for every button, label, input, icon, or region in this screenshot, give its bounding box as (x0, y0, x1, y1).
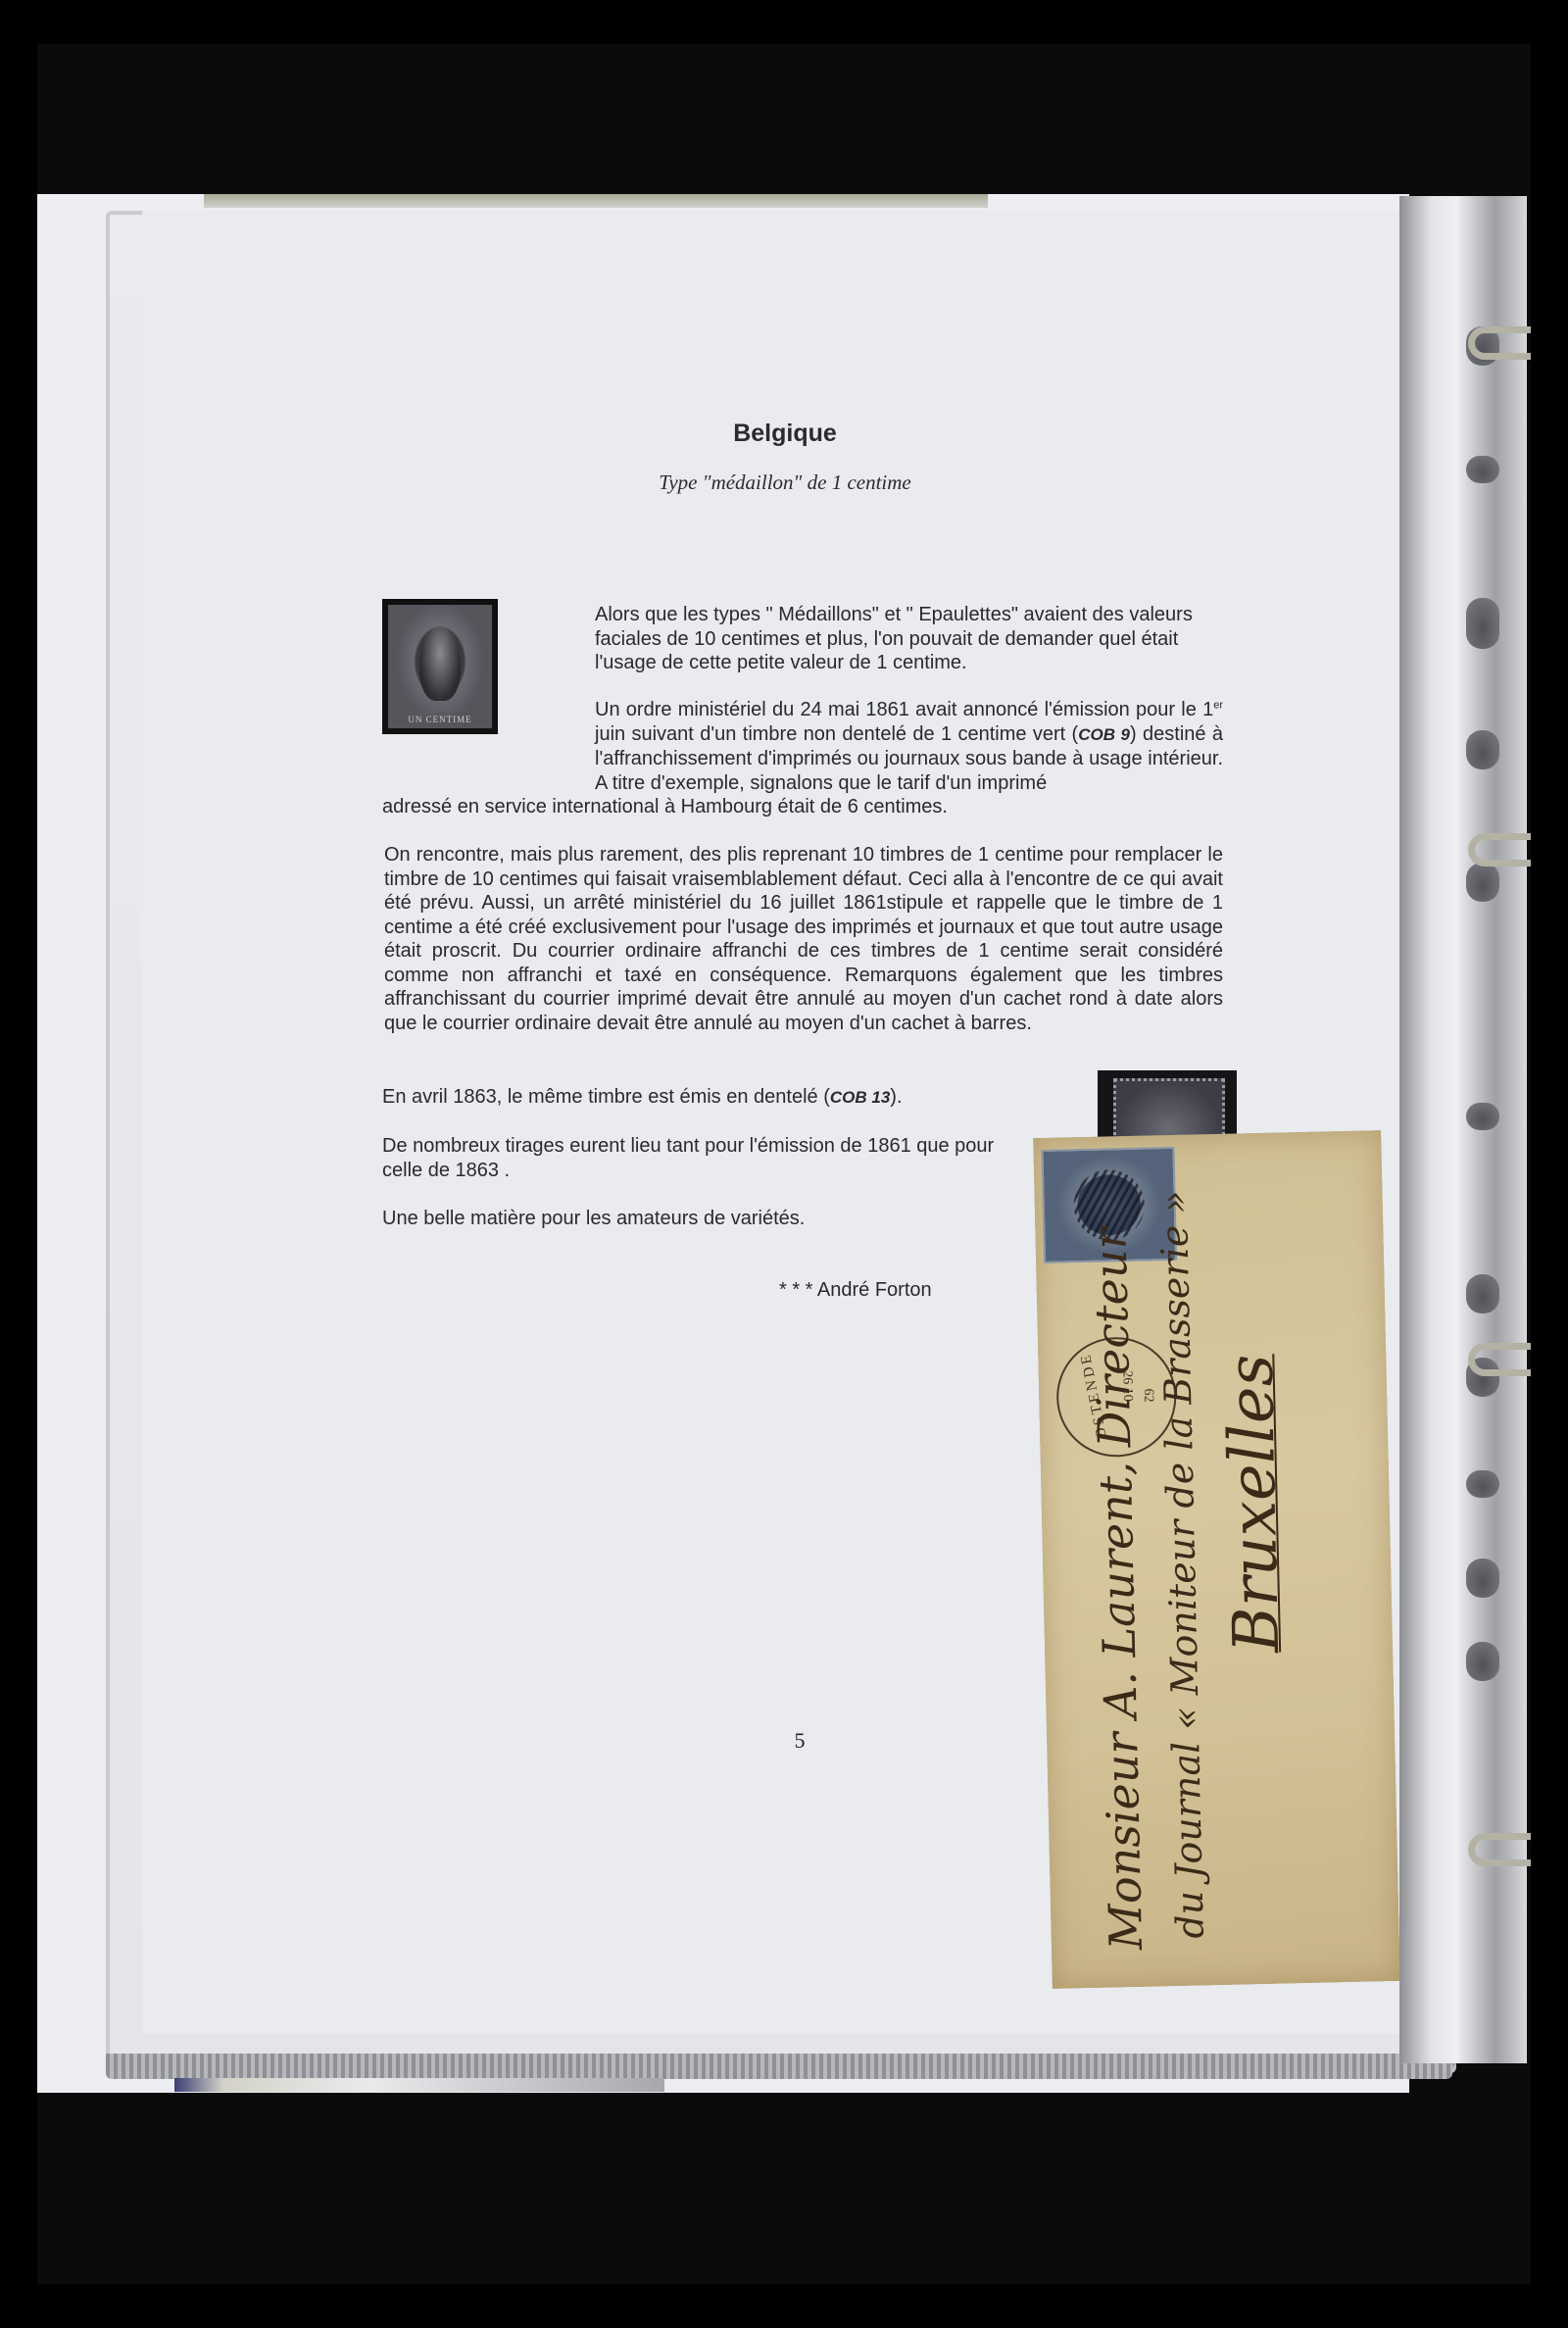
binder-ring-icon (1468, 833, 1531, 867)
page-subtitle: Type "médaillon" de 1 centime (142, 471, 1428, 495)
punch-hole-icon (1466, 1642, 1499, 1681)
paragraph-dentele: En avril 1863, le même timbre est émis e… (382, 1085, 1009, 1111)
catalog-ref-cob13: COB 13 (830, 1088, 890, 1107)
punch-hole-icon (1466, 1470, 1499, 1498)
handwritten-address: Monsieur A. Laurent, Directeur du Journa… (1072, 1132, 1308, 1951)
paragraph-ordre-ministeriel: Un ordre ministériel du 24 mai 1861 avai… (382, 698, 1223, 819)
punch-hole-icon (1466, 1559, 1499, 1598)
sleeve-bottom-edge (106, 2054, 1452, 2079)
catalog-ref-cob9: COB 9 (1078, 725, 1130, 744)
punch-hole-icon (1466, 598, 1499, 649)
paragraph-plis: On rencontre, mais plus rarement, des pl… (384, 843, 1223, 1035)
text-span: En avril 1863, le même timbre est émis e… (382, 1086, 830, 1108)
superscript: er (1213, 699, 1223, 711)
exhibit-page: Belgique Type "médaillon" de 1 centime U… (142, 211, 1428, 2034)
text-span: adressé en service international à Hambo… (382, 796, 948, 817)
paragraph-intro: Alors que les types " Médaillons" et " E… (595, 603, 1222, 675)
paragraph-conclusion: Une belle matière pour les amateurs de v… (382, 1207, 1009, 1231)
punch-hole-icon (1466, 863, 1499, 902)
text-span: 1 (1202, 699, 1213, 720)
postal-cover: OSTENDE 26 10 62 Monsieur A. Laurent, Di… (1033, 1130, 1400, 1989)
text-span: ). (890, 1086, 902, 1108)
text-span: juin suivant d'un timbre non dentelé de … (595, 723, 1078, 745)
underlying-page-edge (174, 2078, 664, 2092)
paragraph-ordre-indented: Un ordre ministériel du 24 mai 1861 avai… (595, 698, 1223, 795)
stamp-perforated-1c (1098, 1070, 1237, 1144)
address-line-3: Bruxelles (1201, 1132, 1308, 1948)
punch-hole-icon (1466, 1274, 1499, 1313)
paragraph-tirages: De nombreux tirages eurent lieu tant pou… (382, 1134, 1009, 1182)
binder-ring-icon (1468, 326, 1531, 360)
text-span: Un ordre ministériel du 24 mai 1861 avai… (595, 699, 1197, 720)
page-title: Belgique (142, 420, 1428, 448)
punch-hole-icon (1466, 456, 1499, 483)
binder-ring-icon (1468, 1833, 1531, 1866)
binder-ring-icon (1468, 1343, 1531, 1376)
author-signature: * * * André Forton (779, 1279, 932, 1302)
album-top-edge (204, 194, 988, 208)
punch-hole-icon (1466, 730, 1499, 769)
album-photo: Belgique Type "médaillon" de 1 centime U… (37, 44, 1531, 2284)
binder-spine (1399, 196, 1527, 2063)
punch-hole-icon (1466, 1103, 1499, 1130)
king-portrait-icon (419, 627, 461, 702)
